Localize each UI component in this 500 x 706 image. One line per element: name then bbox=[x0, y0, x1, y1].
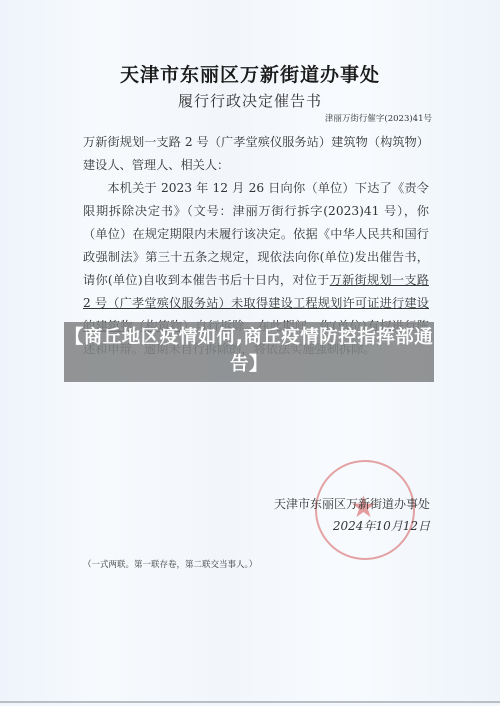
document-title: 天津市东丽区万新街道办事处 bbox=[0, 60, 500, 87]
footnote: （一式两联。第一联存卷，第二联交当事人。） bbox=[83, 558, 257, 570]
paragraph-text: 本机关于 2023 年 12 月 26 日向你（单位）下达了《责令限期拆除决定书… bbox=[83, 181, 429, 287]
issue-date: 2024年10月12日 bbox=[333, 517, 430, 534]
document-number: 津丽万街行催字(2023)41号 bbox=[325, 112, 432, 124]
issuer-signature: 天津市东丽区万新街道办事处 bbox=[274, 495, 430, 512]
addressee: 万新街规划一支路 2 号（广孝堂殡仪服务站）建筑物（构筑物）建设人、管理人、相关… bbox=[83, 131, 429, 177]
page-edge bbox=[0, 701, 500, 703]
document-subtitle: 履行行政决定催告书 bbox=[0, 90, 500, 111]
headline-text[interactable]: 【商丘地区疫情如何,商丘疫情防控指挥部通告】 bbox=[64, 324, 434, 378]
